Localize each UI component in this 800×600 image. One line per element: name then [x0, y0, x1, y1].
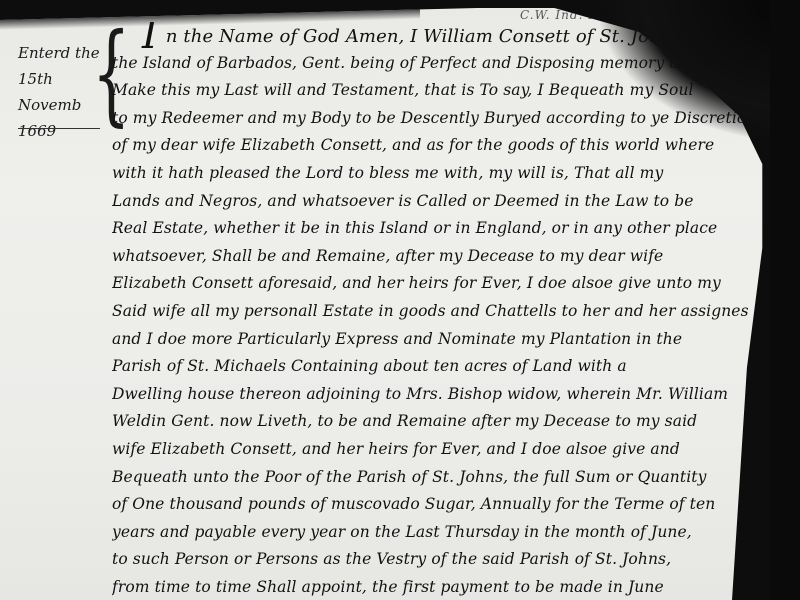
margin-divider-flourish	[18, 128, 100, 129]
text-line-14: Dwelling house thereon adjoining to Mrs.…	[112, 381, 792, 409]
scan-right-border	[770, 0, 800, 600]
text-line-18: of One thousand pounds of muscovado Suga…	[112, 491, 792, 519]
text-line-11: Said wife all my personall Estate in goo…	[112, 298, 792, 326]
text-line-16: wife Elizabeth Consett, and her heirs fo…	[112, 436, 792, 464]
text-line-13: Parish of St. Michaels Containing about …	[112, 353, 792, 381]
text-line-19: years and payable every year on the Last…	[112, 519, 792, 547]
text-line-17: Bequeath unto the Poor of the Parish of …	[112, 464, 792, 492]
archive-reference-mark: C.W. Ind. I D	[520, 8, 609, 22]
document-scan: C.W. Ind. I D Enterd the 15th Novemb 166…	[0, 0, 800, 600]
text-line-10: Elizabeth Consett aforesaid, and her hei…	[112, 270, 792, 298]
text-line-8: Real Estate, whether it be in this Islan…	[112, 215, 792, 243]
text-line-20: to such Person or Persons as the Vestry …	[112, 546, 792, 574]
text-line-15: Weldin Gent. now Liveth, to be and Remai…	[112, 408, 792, 436]
drop-cap-letter: I	[142, 22, 158, 50]
text-line-7: Lands and Negros, and whatsoever is Call…	[112, 188, 792, 216]
text-line-9: whatsoever, Shall be and Remaine, after …	[112, 243, 792, 271]
text-line-21: from time to time Shall appoint, the fir…	[112, 574, 792, 600]
text-line-12: and I doe more Particularly Express and …	[112, 326, 792, 354]
text-line-6: with it hath pleased the Lord to bless m…	[112, 160, 792, 188]
